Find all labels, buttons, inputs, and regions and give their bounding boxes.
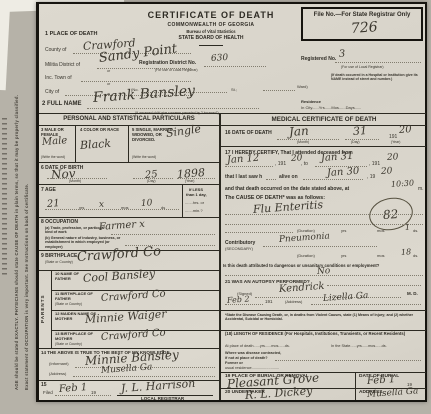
full-name-value: Frank Bansley (92, 83, 195, 106)
birthplace-label: 9 BIRTHPLACE (41, 253, 77, 259)
full-name-line (87, 108, 259, 109)
autopsy-line (327, 285, 421, 286)
filed-label: Filed (43, 390, 53, 395)
cause-line-1 (225, 214, 423, 215)
county-label: County of (45, 47, 66, 53)
cause-days-value: 1 (405, 223, 411, 232)
burial-divider (355, 372, 356, 400)
right-rule-4 (221, 372, 426, 373)
physician-address-label: (Address) (285, 299, 302, 304)
date-of-death-label: 16 DATE OF DEATH (225, 130, 272, 136)
right-rule-1 (221, 146, 426, 147)
parents-strip-divider (51, 270, 52, 348)
attended-from-year-prefix: , 191 (275, 161, 286, 167)
physician-address-line (311, 304, 421, 305)
sex-race-divider (75, 125, 76, 162)
city-label: City of (45, 89, 59, 95)
cause-ds-label: ds. (413, 228, 418, 233)
marital-note: (Write the word) (132, 155, 156, 159)
dob-year-label: (Year) (185, 179, 194, 183)
race-value: Black (80, 137, 112, 152)
unsanitary-line (225, 275, 423, 276)
age-less-label-2: than 1 day, (186, 192, 207, 197)
row-rule-6 (39, 348, 219, 349)
registration-district-label: Registration District No. (139, 60, 196, 66)
occupation-label: 8 OCCUPATION (41, 219, 78, 225)
titles-top-rule (39, 113, 426, 114)
residence-label: Residence (301, 99, 321, 104)
unsanitary-question: Is this death attributed to dangerous or… (223, 263, 379, 268)
margin-instruction-note-2: Exact statement of OCCUPATION is very im… (24, 30, 31, 390)
informant-label: (Informant) (49, 361, 69, 366)
physician-signature: Kendrick (279, 281, 325, 295)
md-label: M. D. (407, 291, 418, 296)
residence-in-state-line: In the State......yrs......mos......ds. (331, 344, 387, 348)
hospital-note: (If death occurred in a Hospital or Inst… (331, 73, 421, 81)
commonwealth-subtitle: COMMONWEALTH OF GEORGIA (131, 22, 291, 28)
registered-no-value: 3 (339, 49, 346, 60)
contributory-duration-label: (Duration) (297, 253, 315, 258)
mother-birthplace-note: (State or Country) (55, 342, 82, 346)
occupation-a-line (111, 234, 215, 235)
age-line (45, 209, 179, 210)
filed-no: 15 (41, 382, 47, 388)
residence-at-place-line: At place of death......yrs......mos.....… (225, 344, 290, 348)
registered-no-line (335, 62, 421, 63)
row-rule-3 (39, 217, 219, 218)
inc-town-label: Inc. Town of (45, 75, 72, 81)
sex-note: (Write the word) (41, 155, 65, 159)
ward-line (263, 90, 295, 91)
cause-footnote: *State the Disease Causing Death, or, in… (225, 313, 421, 321)
last-saw-line (303, 179, 363, 180)
age-label: 7 AGE (41, 187, 56, 193)
birthplace-note: (State or Country) (45, 260, 73, 264)
or-text-2: or (107, 82, 110, 86)
certificate-title: CERTIFICATE OF DEATH (131, 10, 291, 20)
contributory-secondary-label: (SECONDARY) (225, 246, 253, 251)
race-marital-divider (128, 125, 129, 162)
titles-bottom-rule (39, 125, 426, 126)
ward-label: Ward) (297, 84, 308, 89)
disease-contracted-label-2: if not at place of death? (225, 356, 268, 360)
last-saw-year-value: 20 (381, 166, 393, 177)
file-number-value: 726 (350, 19, 378, 37)
bureau-subtitle: Bureau of Vital Statistics (131, 29, 291, 34)
dob-year-line (177, 178, 215, 179)
last-saw-blank (266, 179, 276, 180)
attended-to-year-prefix: , 191 (369, 161, 380, 167)
age-subcell-divider (182, 184, 183, 217)
row-rule-2 (39, 184, 219, 185)
informant-address-value: Musella Ga (101, 362, 153, 376)
former-residence-label-2: usual residence.........................… (225, 366, 279, 370)
cause-duration-line (225, 232, 293, 233)
former-residence-label-1: Former or (225, 361, 243, 365)
contributory-yrs-label: yrs (341, 253, 346, 258)
center-divider (219, 113, 221, 400)
inc-town-line (81, 81, 191, 82)
header-rule (199, 45, 223, 46)
contributory-line (263, 246, 377, 247)
disease-contracted-label-1: Where was disease contracted, (225, 351, 281, 355)
board-subtitle: STATE BOARD OF HEALTH (131, 35, 291, 41)
adjacent-page-edge-marks (2, 118, 7, 278)
street-st-label: St.; (231, 87, 237, 92)
registration-district-line (204, 66, 266, 67)
death-day-value: 31 (353, 124, 368, 138)
registration-district-note: (For use of Local Registrar) (155, 68, 198, 72)
death-certificate-document: CERTIFICATE OF DEATH COMMONWEALTH OF GEO… (36, 2, 427, 402)
file-number-box: File No.—For State Registrar Only 726 (301, 7, 423, 41)
last-saw-year-prefix: , 19 (367, 174, 375, 180)
margin-instruction-note-1: AGE should be stated EXACTLY. PHYSICIANS… (14, 30, 21, 390)
attended-to-year-value: 20 (387, 152, 399, 163)
personal-section-title: PERSONAL AND STATISTICAL PARTICULARS (39, 116, 219, 122)
death-month-value: Jan (289, 124, 310, 139)
last-saw-value: Jan 30 (327, 166, 360, 179)
dob-day-label: (Day) (147, 179, 156, 183)
date-of-burial-value: Feb 1 (367, 374, 396, 387)
age-days-value: 10 (141, 198, 153, 209)
place-of-death-label: 1 PLACE OF DEATH (45, 31, 97, 37)
attended-from-line (225, 166, 273, 167)
militia-district-label: Militia District of (45, 62, 80, 68)
registration-district-value: 630 (211, 53, 229, 64)
medical-section-title: MEDICAL CERTIFICATE OF DEATH (222, 116, 426, 123)
contributory-mos-label: mos (377, 253, 385, 258)
filed-line (55, 395, 111, 396)
signature-date-line (225, 304, 263, 305)
local-registrar-label: LOCAL REGISTRAR (141, 396, 184, 401)
death-time-m-label: m. (418, 186, 424, 192)
cause-line-2 (225, 224, 423, 225)
row-rule-1 (39, 162, 219, 163)
death-day-label: (Day) (351, 140, 360, 144)
death-occurred-line: and that death occurred on the date stat… (225, 186, 349, 192)
sex-value: Male (42, 135, 68, 148)
dob-month-label: (Month) (69, 179, 81, 183)
residence-line: In City......Yrs......Mos......Days.....… (301, 105, 361, 110)
occupation-a-value: Farmer x (99, 219, 146, 233)
signature-year-blank: 191 (265, 299, 273, 304)
death-month-label: (Month) (297, 140, 309, 144)
filed-date-value: Feb 1 (59, 382, 88, 395)
death-year-label: (Year) (391, 140, 400, 144)
contributory-days-value: 18 (401, 247, 412, 257)
age-less-label-4: .......min.? (185, 208, 203, 213)
death-time-value: 10:30 (391, 178, 415, 189)
torn-paper-edge-left (0, 0, 10, 90)
cause-mos-label: mos (377, 228, 385, 233)
contributory-ds-label: ds. (413, 253, 418, 258)
last-saw-pre: that I last saw h (225, 174, 262, 180)
right-rule-2 (221, 310, 426, 311)
mother-birthplace-label: 13 BIRTHPLACE OF MOTHER (55, 332, 97, 341)
undertaker-address-value: Musella Ga (367, 386, 419, 400)
contributory-value: Pneumonia (279, 231, 331, 245)
attended-to-label: , to (301, 161, 308, 167)
registered-no-label: Registered No. (301, 56, 336, 62)
cause-yrs-label: yrs (341, 228, 346, 233)
length-of-residence-label: (18) LENGTH OF RESIDENCE (For Hospitals,… (225, 332, 423, 337)
age-less-label-3: .......hrs. or (185, 200, 204, 205)
attended-to-value: Jan 31 (321, 151, 354, 164)
full-name-label: 2 FULL NAME (42, 101, 82, 107)
registered-no-note: (For use of Local Registrar) (341, 65, 384, 69)
informant-address-label: (Address) (49, 371, 66, 376)
race-label: 4 COLOR OR RACE (80, 128, 124, 133)
father-birthplace-note: (State or Country) (55, 302, 82, 306)
attended-from-value: Jan 12 (227, 153, 260, 166)
disease-contracted-line (275, 360, 421, 361)
file-number-label: File No.—For State Registrar Only (305, 12, 419, 18)
death-year-value: 20 (399, 124, 412, 136)
father-birthplace-label: 11 BIRTHPLACE OF FATHER (55, 292, 97, 301)
physician-address-value: Lizella Ga (323, 291, 369, 304)
or-text-1: or (107, 69, 110, 73)
last-saw-post: alive on (279, 174, 298, 180)
parents-side-label: PARENTS (40, 270, 45, 348)
